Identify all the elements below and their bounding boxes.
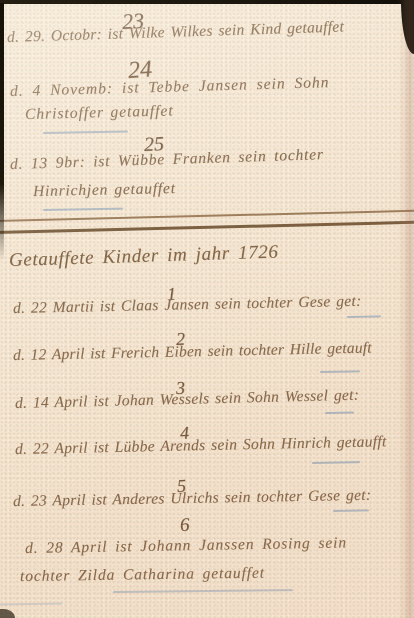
page-edge-left [0, 3, 4, 261]
blue-underline-mark [333, 509, 369, 512]
entry-number: 6 [179, 515, 190, 537]
entry-line: d. 23 April ist Anderes Ulrichs sein toc… [13, 487, 372, 511]
page-edge-top [0, 0, 414, 4]
entry-line: d. 29. Octobr: ist Wilke Wilkes sein Kin… [7, 18, 345, 47]
blue-underline-mark [347, 315, 381, 318]
entry-line: Christoffer getauffet [25, 102, 174, 124]
section-divider-line [0, 210, 414, 222]
entry-line: d. 4 Novemb: ist Tebbe Jansen sein Sohn [10, 74, 330, 101]
entry-line: d. 12 April ist Frerich Eiben sein tocht… [13, 339, 372, 365]
entry-line: tochter Zilda Catharina getauffet [20, 565, 265, 586]
section-divider-line [0, 221, 414, 234]
page-crease-right [398, 0, 414, 618]
entry-line: d. 22 April ist Lübbe Arends sein Sohn H… [15, 433, 387, 459]
entry-line: d. 14 April ist Johan Wessels sein Sohn … [15, 387, 360, 413]
faint-blue-line [0, 602, 62, 605]
blue-underline-mark [43, 131, 128, 134]
page-corner-top-right [401, 0, 414, 54]
blue-underline-mark [113, 589, 293, 593]
page-smudge-bottom-left [0, 609, 15, 618]
entry-line: Hinrichjen getauffet [33, 180, 176, 201]
year-heading: Getauffete Kinder im jahr 1726 [9, 242, 279, 272]
register-page-scan: 23 d. 29. Octobr: ist Wilke Wilkes sein … [0, 0, 414, 618]
blue-underline-mark [43, 208, 123, 211]
entry-line: d. 13 9br: ist Wübbe Franken sein tochte… [10, 146, 324, 174]
blue-underline-mark [325, 411, 354, 414]
entry-line: d. 22 Martii ist Claas Jansen sein tocht… [13, 293, 362, 318]
blue-underline-mark [320, 370, 360, 373]
blue-underline-mark [312, 461, 360, 464]
entry-line: d. 28 April ist Johann Janssen Rosing se… [25, 534, 347, 558]
